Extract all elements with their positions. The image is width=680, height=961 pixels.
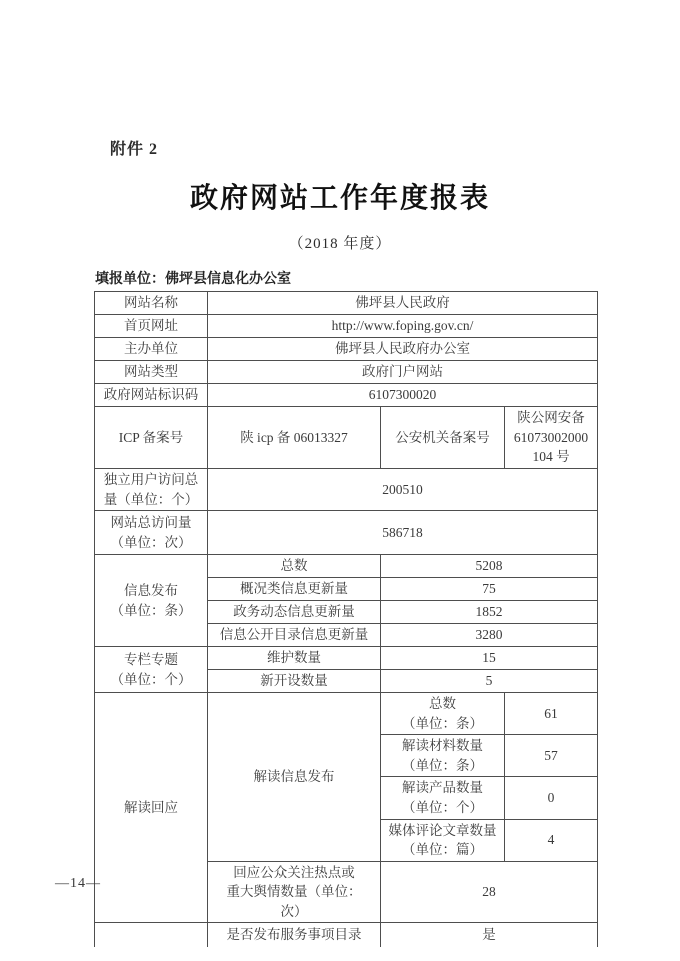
- cell-label: 总数: [208, 555, 381, 578]
- cell-value: http://www.foping.gov.cn/: [208, 315, 598, 338]
- cell-label: 信息公开目录信息更新量: [208, 624, 381, 647]
- cell-label: 解读产品数量 （单位：个）: [381, 777, 505, 819]
- cell-value: 15: [381, 647, 598, 670]
- cell-value: 586718: [208, 511, 598, 555]
- cell-subsection-label: 解读信息发布: [208, 693, 381, 862]
- cell-label: 回应公众关注热点或 重大舆情数量（单位： 次）: [208, 861, 381, 923]
- cell-value: 61: [505, 693, 598, 735]
- cell-label: 公安机关备案号: [381, 407, 505, 469]
- cell-label: 概况类信息更新量: [208, 578, 381, 601]
- table-row-unique-visitors: 独立用户访问总 量（单位：个） 200510: [95, 469, 598, 511]
- table-row-icp: ICP 备案号 陕 icp 备 06013327 公安机关备案号 陕公网安备 6…: [95, 407, 598, 469]
- table-row-service-catalog: 是否发布服务事项目录 是: [95, 923, 598, 947]
- cell-value: 1852: [381, 601, 598, 624]
- cell-empty: [95, 923, 208, 947]
- table-row-interp-total: 解读回应 解读信息发布 总数 （单位：条） 61: [95, 693, 598, 735]
- page-title: 政府网站工作年度报表: [0, 176, 680, 216]
- cell-value: 5: [381, 670, 598, 693]
- cell-label: 是否发布服务事项目录: [208, 923, 381, 947]
- cell-value: 政府门户网站: [208, 361, 598, 384]
- cell-value: 75: [381, 578, 598, 601]
- cell-value: 4: [505, 819, 598, 861]
- cell-label: 独立用户访问总 量（单位：个）: [95, 469, 208, 511]
- cell-label: 维护数量: [208, 647, 381, 670]
- cell-section-label: 信息发布 （单位：条）: [95, 555, 208, 647]
- report-year: （2018 年度）: [0, 232, 680, 253]
- cell-value: 3280: [381, 624, 598, 647]
- cell-section-label: 专栏专题 （单位：个）: [95, 647, 208, 693]
- table-row-home-url: 首页网址 http://www.foping.gov.cn/: [95, 315, 598, 338]
- cell-value: 57: [505, 735, 598, 777]
- table-row-special-maintain: 专栏专题 （单位：个） 维护数量 15: [95, 647, 598, 670]
- table-row-info-total: 信息发布 （单位：条） 总数 5208: [95, 555, 598, 578]
- attachment-note: 附件 2: [110, 136, 158, 159]
- cell-value: 陕公网安备 61073002000 104 号: [505, 407, 598, 469]
- cell-value: 是: [381, 923, 598, 947]
- page-number: —14—: [55, 876, 101, 892]
- cell-label: 网站类型: [95, 361, 208, 384]
- report-table: 网站名称 佛坪县人民政府 首页网址 http://www.foping.gov.…: [94, 291, 598, 947]
- cell-value: 200510: [208, 469, 598, 511]
- table-row-total-visits: 网站总访问量 （单位：次） 586718: [95, 511, 598, 555]
- cell-label: 政府网站标识码: [95, 384, 208, 407]
- cell-value: 佛坪县人民政府: [208, 292, 598, 315]
- table-row-site-code: 政府网站标识码 6107300020: [95, 384, 598, 407]
- table-row-site-type: 网站类型 政府门户网站: [95, 361, 598, 384]
- cell-value: 5208: [381, 555, 598, 578]
- document-page: 附件 2 政府网站工作年度报表 （2018 年度） 填报单位：佛坪县信息化办公室…: [0, 0, 680, 961]
- cell-label: ICP 备案号: [95, 407, 208, 469]
- cell-value: 28: [381, 861, 598, 923]
- cell-value: 佛坪县人民政府办公室: [208, 338, 598, 361]
- cell-label: 首页网址: [95, 315, 208, 338]
- cell-value: 6107300020: [208, 384, 598, 407]
- cell-label: 主办单位: [95, 338, 208, 361]
- cell-label: 网站名称: [95, 292, 208, 315]
- cell-label: 总数 （单位：条）: [381, 693, 505, 735]
- cell-value: 0: [505, 777, 598, 819]
- cell-label: 政务动态信息更新量: [208, 601, 381, 624]
- cell-label: 媒体评论文章数量 （单位：篇）: [381, 819, 505, 861]
- cell-label: 新开设数量: [208, 670, 381, 693]
- reporting-unit: 填报单位：佛坪县信息化办公室: [95, 268, 291, 288]
- cell-label: 解读材料数量 （单位：条）: [381, 735, 505, 777]
- cell-value: 陕 icp 备 06013327: [208, 407, 381, 469]
- cell-section-label: 解读回应: [95, 693, 208, 923]
- cell-label: 网站总访问量 （单位：次）: [95, 511, 208, 555]
- table-row-site-name: 网站名称 佛坪县人民政府: [95, 292, 598, 315]
- table-row-host-unit: 主办单位 佛坪县人民政府办公室: [95, 338, 598, 361]
